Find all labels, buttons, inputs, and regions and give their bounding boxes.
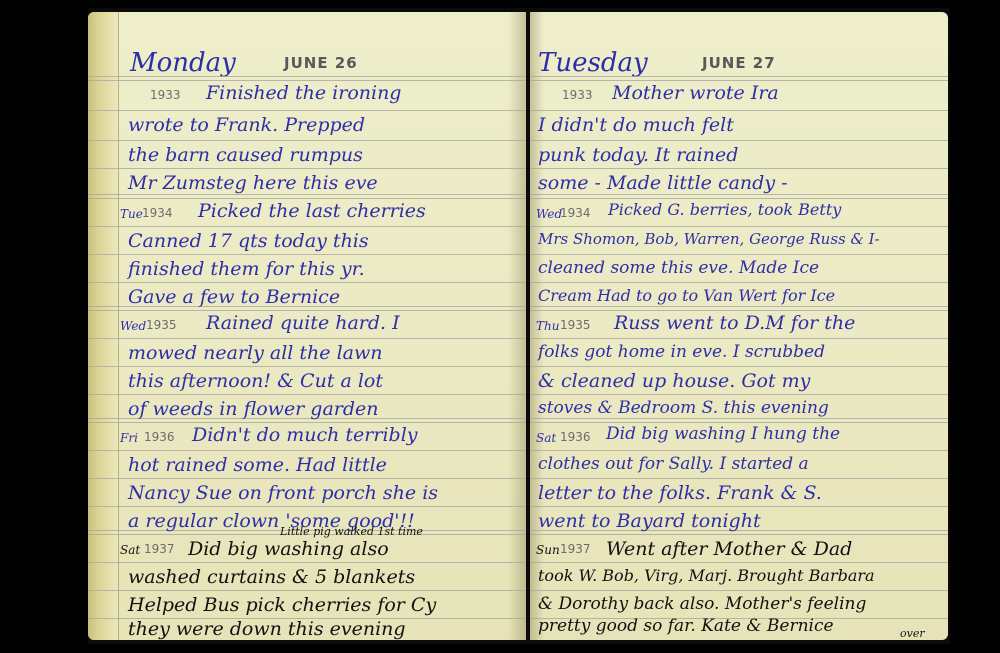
- entry-line: Rained quite hard. I: [206, 314, 400, 333]
- line-rule: [88, 366, 526, 367]
- entry-line: clothes out for Sally. I started a: [538, 456, 809, 473]
- year-rule: [530, 306, 948, 311]
- entry-line: Helped Bus pick cherries for Cy: [128, 596, 436, 615]
- line-rule: [88, 254, 526, 255]
- header-rule: [530, 76, 948, 81]
- entry-line: Did big washing also: [188, 540, 389, 559]
- entry-line: they were down this evening: [128, 620, 406, 639]
- line-rule: [530, 110, 948, 111]
- entry-line: pretty good so far. Kate & Bernice: [538, 618, 834, 635]
- year-label: 1937: [560, 542, 591, 556]
- entry-line: wrote to Frank. Prepped: [128, 116, 365, 135]
- day-abbrev: Sat: [120, 544, 140, 556]
- entry-line: I didn't do much felt: [538, 116, 734, 135]
- year-label: 1936: [560, 430, 591, 444]
- entry-line: mowed nearly all the lawn: [128, 344, 383, 363]
- entry-line: Did big washing I hung the: [606, 426, 840, 443]
- line-rule: [530, 450, 948, 451]
- day-abbrev: Wed: [536, 208, 562, 220]
- entry-line: Canned 17 qts today this: [128, 232, 369, 251]
- entry-line: & Dorothy back also. Mother's feeling: [538, 596, 866, 613]
- entry-line: cleaned some this eve. Made Ice: [538, 260, 819, 277]
- line-rule: [88, 168, 526, 169]
- line-rule: [530, 168, 948, 169]
- entry-line: Cream Had to go to Van Wert for Ice: [538, 288, 835, 304]
- entry-line: letter to the folks. Frank & S.: [538, 484, 822, 503]
- entry-line: Didn't do much terribly: [192, 426, 418, 445]
- entry-line: Mrs Shomon, Bob, Warren, George Russ & I…: [538, 232, 880, 247]
- day-abbrev: Sun: [536, 544, 560, 556]
- entry-line: Mr Zumsteg here this eve: [128, 174, 378, 193]
- line-rule: [88, 338, 526, 339]
- line-rule: [88, 590, 526, 591]
- line-rule: [530, 590, 948, 591]
- year-label: 1934: [142, 206, 173, 220]
- header-rule: [88, 76, 526, 81]
- left-date-header: JUNE 26: [284, 54, 358, 72]
- line-rule: [530, 394, 948, 395]
- entry-line: Picked the last cherries: [198, 202, 426, 221]
- line-rule: [88, 110, 526, 111]
- year-rule: [530, 418, 948, 423]
- gutter-shadow: [508, 12, 526, 640]
- line-rule: [88, 506, 526, 507]
- year-label: 1937: [144, 542, 175, 556]
- line-rule: [88, 562, 526, 563]
- line-rule: [530, 506, 948, 507]
- entry-line: & cleaned up house. Got my: [538, 372, 810, 391]
- entry-line: Mother wrote Ira: [612, 84, 779, 103]
- entry-line: hot rained some. Had little: [128, 456, 387, 475]
- left-day-name: Monday: [130, 50, 236, 76]
- day-abbrev: Wed: [120, 320, 146, 332]
- line-rule: [88, 478, 526, 479]
- year-label: 1935: [560, 318, 591, 332]
- line-rule: [530, 338, 948, 339]
- open-diary: JUNE 26 Monday 1933 Finished the ironing…: [88, 8, 950, 644]
- entry-line: Finished the ironing: [206, 84, 401, 103]
- line-rule: [88, 450, 526, 451]
- year-label: 1933: [150, 88, 181, 102]
- line-rule: [530, 254, 948, 255]
- day-abbrev: Tue: [120, 208, 143, 220]
- year-label: 1936: [144, 430, 175, 444]
- line-rule: [88, 140, 526, 141]
- entry-line: this afternoon! & Cut a lot: [128, 372, 383, 391]
- margin-note: over: [900, 628, 925, 639]
- right-day-name: Tuesday: [538, 50, 648, 76]
- year-label: 1935: [146, 318, 177, 332]
- entry-line: Gave a few to Bernice: [128, 288, 340, 307]
- line-rule: [530, 478, 948, 479]
- day-abbrev: Sat: [536, 432, 556, 444]
- line-rule: [530, 140, 948, 141]
- entry-line: the barn caused rumpus: [128, 146, 363, 165]
- entry-line: Picked G. berries, took Betty: [608, 202, 841, 218]
- entry-line: Russ went to D.M for the: [614, 314, 855, 333]
- line-rule: [88, 394, 526, 395]
- entry-line: of weeds in flower garden: [128, 400, 379, 419]
- entry-line: finished them for this yr.: [128, 260, 365, 279]
- line-rule: [530, 562, 948, 563]
- line-rule: [530, 226, 948, 227]
- line-rule: [530, 366, 948, 367]
- day-abbrev: Fri: [120, 432, 138, 444]
- line-rule: [88, 226, 526, 227]
- year-label: 1933: [562, 88, 593, 102]
- entry-line: stoves & Bedroom S. this evening: [538, 400, 829, 417]
- entry-line: punk today. It rained: [538, 146, 738, 165]
- line-rule: [88, 282, 526, 283]
- line-rule: [530, 282, 948, 283]
- entry-line: Went after Mother & Dad: [606, 540, 852, 559]
- margin-note: Little pig walked 1st time: [280, 526, 423, 537]
- left-page: JUNE 26 Monday 1933 Finished the ironing…: [88, 12, 526, 640]
- day-abbrev: Thu: [536, 320, 559, 332]
- entry-line: went to Bayard tonight: [538, 512, 761, 531]
- entry-line: Nancy Sue on front porch she is: [128, 484, 438, 503]
- year-label: 1934: [560, 206, 591, 220]
- right-page: JUNE 27 Tuesday 1933 Mother wrote Ira I …: [530, 12, 948, 640]
- entry-line: washed curtains & 5 blankets: [128, 568, 415, 587]
- year-rule: [530, 194, 948, 199]
- year-rule: [88, 194, 526, 199]
- entry-line: folks got home in eve. I scrubbed: [538, 344, 825, 361]
- right-date-header: JUNE 27: [702, 54, 776, 72]
- entry-line: took W. Bob, Virg, Marj. Brought Barbara: [538, 568, 875, 584]
- entry-line: some - Made little candy -: [538, 174, 788, 193]
